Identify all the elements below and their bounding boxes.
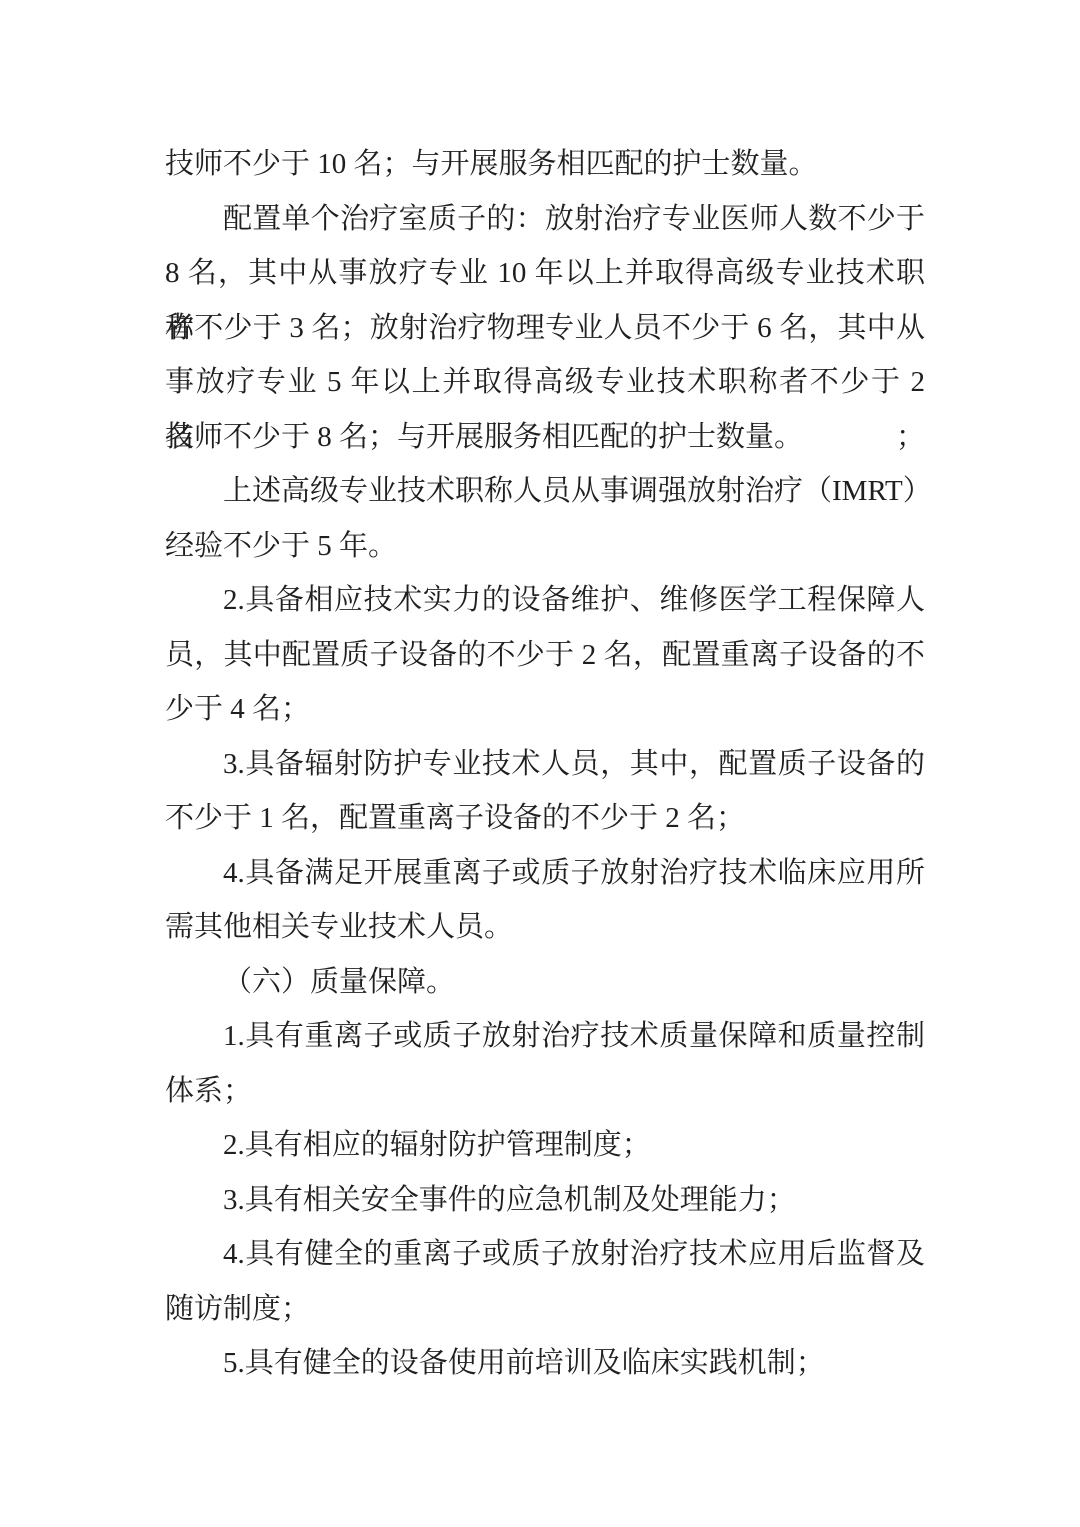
document-page: 技师不少于 10 名；与开展服务相匹配的护士数量。 配置单个治疗室质子的：放射治… [0,0,1080,1527]
text-line: 员，其中配置质子设备的不少于 2 名，配置重离子设备的不 [165,628,925,683]
text-line: 4.具有健全的重离子或质子放射治疗技术应用后监督及 [165,1227,925,1282]
text-line: 3.具备辐射防护专业技术人员，其中，配置质子设备的 [165,737,925,792]
text-line: 1.具有重离子或质子放射治疗技术质量保障和质量控制 [165,1009,925,1064]
text-line: 事放疗专业 5 年以上并取得高级专业技术职称者不少于 2 名； [165,355,925,410]
section-heading-line: （六）质量保障。 [165,955,925,1010]
text-line: 5.具有健全的设备使用前培训及临床实践机制； [165,1336,925,1391]
text-line: 经验不少于 5 年。 [165,519,925,574]
text-line: 2.具有相应的辐射防护管理制度； [165,1118,925,1173]
text-line: 配置单个治疗室质子的：放射治疗专业医师人数不少于 [165,192,925,247]
text-line: 2.具备相应技术实力的设备维护、维修医学工程保障人 [165,573,925,628]
text-line: 者不少于 3 名；放射治疗物理专业人员不少于 6 名，其中从 [165,301,925,356]
text-line: 随访制度； [165,1282,925,1337]
text-line: 少于 4 名； [165,682,925,737]
text-line: 技师不少于 10 名；与开展服务相匹配的护士数量。 [165,137,925,192]
text-line: 上述高级专业技术职称人员从事调强放射治疗（IMRT） [165,464,925,519]
text-line: 8 名，其中从事放疗专业 10 年以上并取得高级专业技术职称 [165,246,925,301]
text-line: 3.具有相关安全事件的应急机制及处理能力； [165,1173,925,1228]
text-line: 需其他相关专业技术人员。 [165,900,925,955]
text-line: 体系； [165,1064,925,1119]
text-line: 不少于 1 名，配置重离子设备的不少于 2 名； [165,791,925,846]
text-line: 4.具备满足开展重离子或质子放射治疗技术临床应用所 [165,846,925,901]
